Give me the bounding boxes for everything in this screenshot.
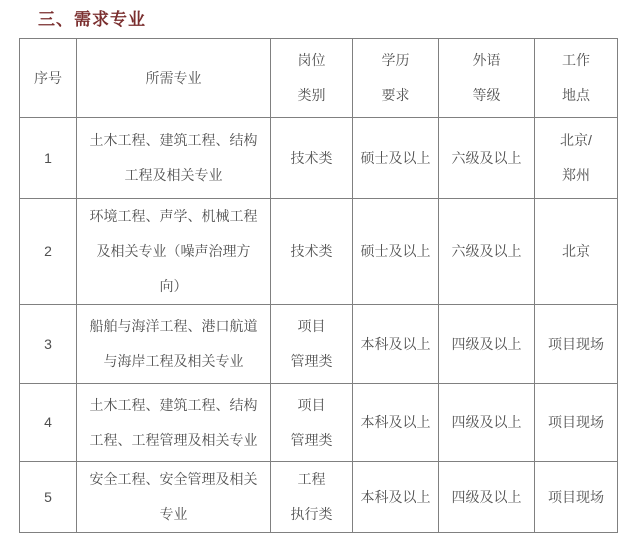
table-row: 1 土木工程、建筑工程、结构 工程及相关专业 技术类 硕士及以上 六级及以上 北… — [20, 118, 618, 199]
cell-work-location: 项目现场 — [535, 384, 618, 462]
cell-position-category: 技术类 — [271, 199, 353, 305]
table-row: 5 安全工程、安全管理及相关 专业 工程 执行类 本科及以上 四级及以上 项目现… — [20, 462, 618, 533]
cell-position-category: 工程 执行类 — [271, 462, 353, 533]
col-header-education-requirement: 学历 要求 — [353, 39, 439, 118]
cell-foreign-language-level: 六级及以上 — [439, 199, 535, 305]
cell-education-requirement: 本科及以上 — [353, 305, 439, 384]
cell-foreign-language-level: 四级及以上 — [439, 305, 535, 384]
document-page: 三、需求专业 序号 所需专业 岗位 类别 学历 要求 外语 等级 工作 地点 1… — [0, 0, 629, 549]
cell-position-category: 项目 管理类 — [271, 384, 353, 462]
section-title: 三、需求专业 — [38, 5, 146, 30]
cell-education-requirement: 硕士及以上 — [353, 118, 439, 199]
cell-required-major: 土木工程、建筑工程、结构 工程及相关专业 — [77, 118, 271, 199]
table-header-row: 序号 所需专业 岗位 类别 学历 要求 外语 等级 工作 地点 — [20, 39, 618, 118]
cell-required-major: 环境工程、声学、机械工程 及相关专业（噪声治理方 向） — [77, 199, 271, 305]
cell-work-location: 项目现场 — [535, 305, 618, 384]
cell-serial-number: 1 — [20, 118, 77, 199]
cell-required-major: 安全工程、安全管理及相关 专业 — [77, 462, 271, 533]
cell-education-requirement: 硕士及以上 — [353, 199, 439, 305]
cell-serial-number: 2 — [20, 199, 77, 305]
table-row: 4 土木工程、建筑工程、结构 工程、工程管理及相关专业 项目 管理类 本科及以上… — [20, 384, 618, 462]
requirements-table: 序号 所需专业 岗位 类别 学历 要求 外语 等级 工作 地点 1 土木工程、建… — [19, 38, 618, 533]
cell-work-location: 北京 — [535, 199, 618, 305]
cell-foreign-language-level: 四级及以上 — [439, 462, 535, 533]
cell-position-category: 技术类 — [271, 118, 353, 199]
cell-required-major: 土木工程、建筑工程、结构 工程、工程管理及相关专业 — [77, 384, 271, 462]
cell-work-location: 北京/ 郑州 — [535, 118, 618, 199]
col-header-required-major: 所需专业 — [77, 39, 271, 118]
table-row: 3 船舶与海洋工程、港口航道 与海岸工程及相关专业 项目 管理类 本科及以上 四… — [20, 305, 618, 384]
cell-foreign-language-level: 六级及以上 — [439, 118, 535, 199]
col-header-work-location: 工作 地点 — [535, 39, 618, 118]
cell-serial-number: 5 — [20, 462, 77, 533]
table-row: 2 环境工程、声学、机械工程 及相关专业（噪声治理方 向） 技术类 硕士及以上 … — [20, 199, 618, 305]
cell-position-category: 项目 管理类 — [271, 305, 353, 384]
cell-serial-number: 4 — [20, 384, 77, 462]
cell-serial-number: 3 — [20, 305, 77, 384]
cell-education-requirement: 本科及以上 — [353, 462, 439, 533]
cell-required-major: 船舶与海洋工程、港口航道 与海岸工程及相关专业 — [77, 305, 271, 384]
cell-work-location: 项目现场 — [535, 462, 618, 533]
cell-education-requirement: 本科及以上 — [353, 384, 439, 462]
cell-foreign-language-level: 四级及以上 — [439, 384, 535, 462]
col-header-serial-number: 序号 — [20, 39, 77, 118]
col-header-position-category: 岗位 类别 — [271, 39, 353, 118]
col-header-foreign-language-level: 外语 等级 — [439, 39, 535, 118]
